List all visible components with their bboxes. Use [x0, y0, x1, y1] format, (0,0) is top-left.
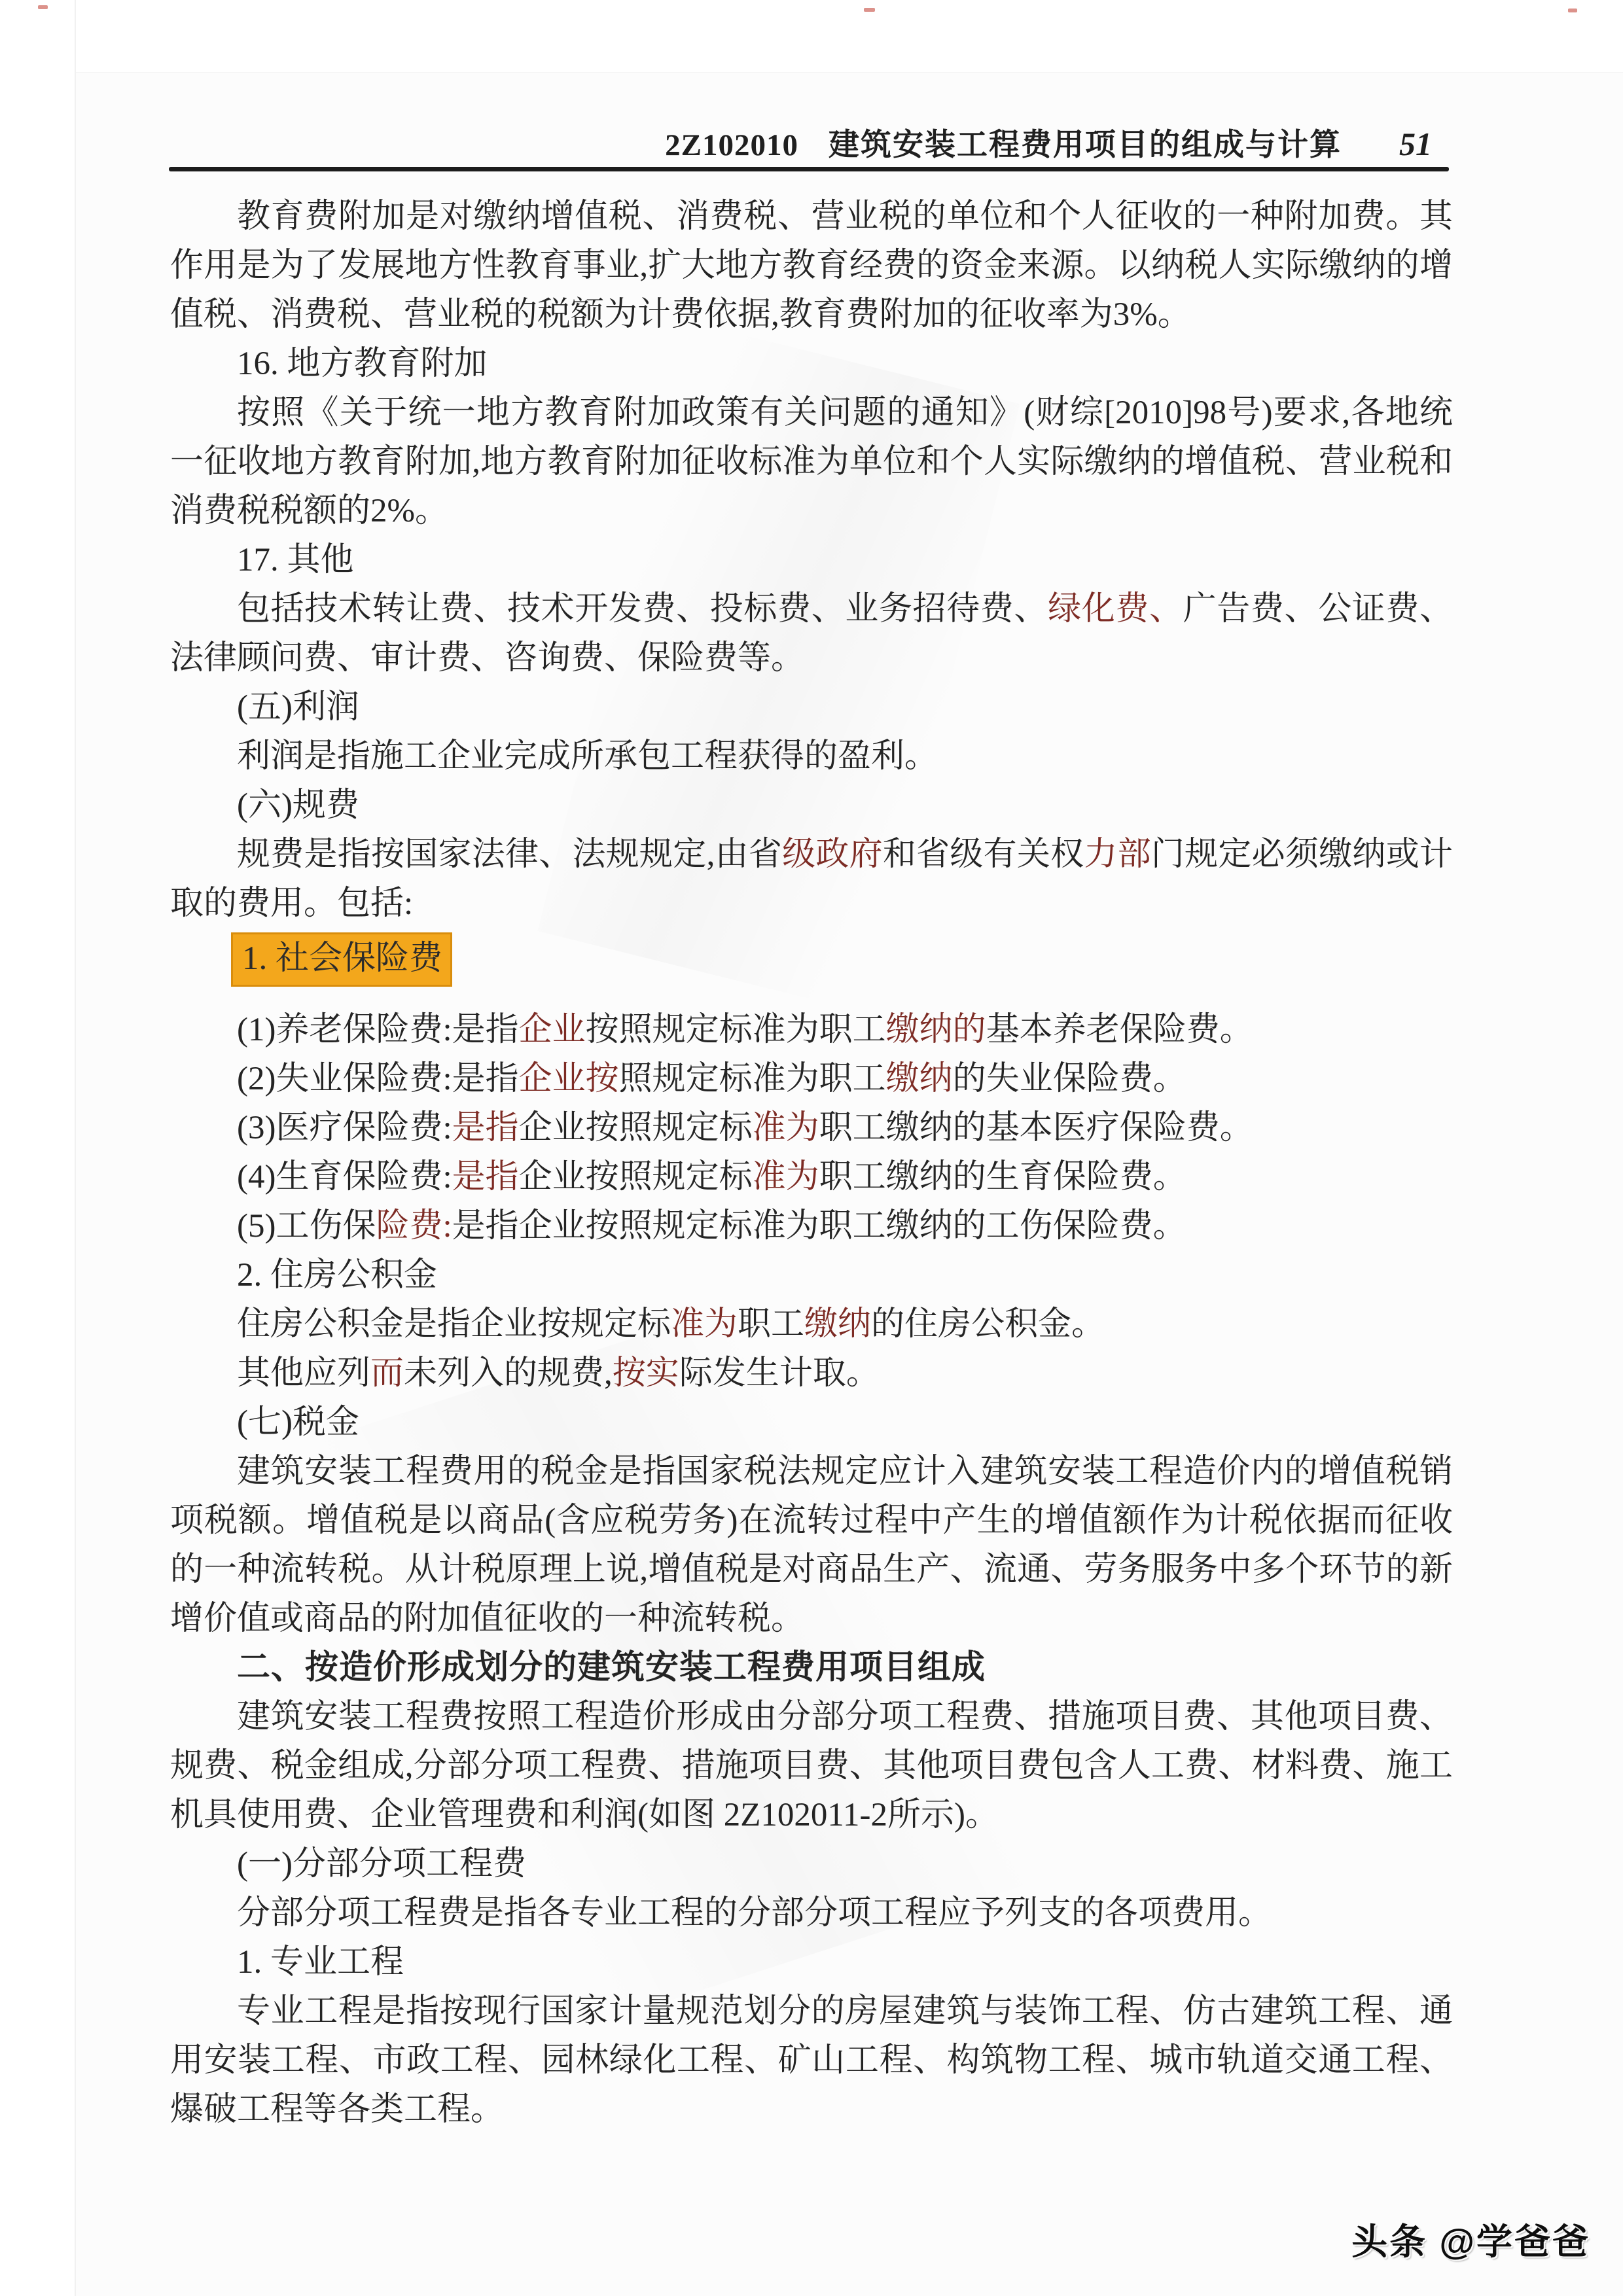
text-segment: 的住房公积金。 [871, 1306, 1105, 1343]
text-segment: 职工缴纳的基本医疗保险费。 [819, 1110, 1253, 1146]
text-segment: (4)生育保险费: [237, 1159, 452, 1195]
scan-speck [1568, 9, 1577, 12]
text-segment: (2)失业保险费:是指 [237, 1061, 519, 1097]
text-segment: 照规定标准为职工 [619, 1061, 886, 1097]
text-segment: 是指 [452, 1159, 519, 1195]
paragraph: 16. 地方教育附加 [170, 340, 1453, 389]
paragraph: (5)工伤保险费:是指企业按照规定标准为职工缴纳的工伤保险费。 [170, 1202, 1453, 1251]
text-segment: 际发生计取。 [679, 1355, 880, 1392]
paragraph: 住房公积金是指企业按规定标准为职工缴纳的住房公积金。 [170, 1300, 1453, 1349]
text-segment: 1. 专业工程 [237, 1944, 404, 1981]
text-segment: 绿化费、 [1048, 591, 1183, 627]
paragraph: (七)税金 [170, 1398, 1453, 1447]
paragraph: (五)利润 [170, 683, 1453, 732]
paragraph: 按照《关于统一地方教育附加政策有关问题的通知》(财综[2010]98号)要求,各… [170, 389, 1453, 536]
scan-speck [38, 5, 48, 9]
text-segment: 17. 其他 [237, 542, 354, 578]
text-segment: 险费: [376, 1208, 452, 1245]
paragraph: 分部分项工程费是指各专业工程的分部分项工程应予列支的各项费用。 [170, 1889, 1453, 1938]
paragraph: 教育费附加是对缴纳增值税、消费税、营业税的单位和个人征收的一种附加费。其作用是为… [170, 192, 1453, 340]
paragraph: (六)规费 [170, 781, 1453, 830]
paragraph: 利润是指施工企业完成所承包工程获得的盈利。 [170, 732, 1453, 781]
paragraph: 其他应列而未列入的规费,按实际发生计取。 [170, 1349, 1453, 1398]
text-segment: 企业按照规定标 [519, 1110, 753, 1146]
text-segment: (5)工伤保 [237, 1208, 376, 1245]
text-segment: 16. 地方教育附加 [237, 345, 488, 382]
page-number: 51 [1399, 125, 1432, 163]
text-segment: 的失业保险费。 [953, 1061, 1186, 1097]
watermark: 头条 @学爸爸 [1351, 2213, 1590, 2265]
text-segment: 二、按造价形成划分的建筑安装工程费用项目组成 [237, 1650, 986, 1686]
text-segment: 建筑安装工程费用的税金是指国家税法规定应计入建筑安装工程造价内的增值税销项税额。… [170, 1453, 1453, 1637]
text-segment: 准为 [753, 1110, 819, 1146]
text-segment: 利润是指施工企业完成所承包工程获得的盈利。 [237, 738, 938, 775]
text-segment: 准为 [671, 1306, 738, 1343]
text-segment: 准为 [753, 1159, 819, 1195]
text-segment: 住房公积金是指企业按规定标 [237, 1306, 671, 1343]
text-segment: 级政府 [782, 836, 883, 873]
text-segment: (六)规费 [237, 787, 359, 824]
text-segment: 专业工程是指按现行国家计量规范划分的房屋建筑与装饰工程、仿古建筑工程、通用安装工… [170, 1993, 1453, 2128]
page-header: 2Z102010 建筑安装工程费用项目的组成与计算 51 [665, 120, 1432, 164]
scan-edge-left [0, 0, 76, 2296]
paragraph: 建筑安装工程费按照工程造价形成由分部分项工程费、措施项目费、其他项目费、规费、税… [170, 1693, 1453, 1840]
text-segment: 按实 [613, 1355, 679, 1392]
highlighted-heading: 1. 社会保险费 [170, 932, 1453, 987]
paragraph: (1)养老保险费:是指企业按照规定标准为职工缴纳的基本养老保险费。 [170, 1006, 1453, 1055]
paragraph: 2. 住房公积金 [170, 1251, 1453, 1300]
scan-edge-top [0, 0, 1623, 73]
paragraph: (4)生育保险费:是指企业按照规定标准为职工缴纳的生育保险费。 [170, 1153, 1453, 1202]
paragraph: 包括技术转让费、技术开发费、投标费、业务招待费、绿化费、广告费、公证费、法律顾问… [170, 585, 1453, 683]
text-segment: 缴纳 [886, 1061, 953, 1097]
text-segment: (1)养老保险费:是指 [237, 1012, 519, 1048]
section-heading: 二、按造价形成划分的建筑安装工程费用项目组成 [170, 1644, 1453, 1693]
text-segment: 企业按照规定标 [519, 1159, 753, 1195]
text-segment: 而 [370, 1355, 404, 1392]
text-segment: 职工缴纳的生育保险费。 [819, 1159, 1186, 1195]
text-segment: 是指 [452, 1110, 519, 1146]
text-segment: 按照《关于统一地方教育附加政策有关问题的通知》(财综[2010]98号)要求,各… [170, 395, 1453, 529]
paragraph: 专业工程是指按现行国家计量规范划分的房屋建筑与装饰工程、仿古建筑工程、通用安装工… [170, 1987, 1453, 2134]
text-segment: (七)税金 [237, 1404, 359, 1441]
text-segment: 企业按 [519, 1061, 619, 1097]
scan-speck [864, 8, 875, 12]
paragraph: 17. 其他 [170, 536, 1453, 585]
text-segment: 包括技术转让费、技术开发费、投标费、业务招待费、 [237, 591, 1048, 627]
book-page: 2Z102010 建筑安装工程费用项目的组成与计算 51 教育费附加是对缴纳增值… [0, 0, 1623, 2296]
paragraph: (一)分部分项工程费 [170, 1840, 1453, 1889]
highlight-box: 1. 社会保险费 [231, 932, 452, 987]
text-segment: 2. 住房公积金 [237, 1257, 437, 1294]
text-segment: (五)利润 [237, 689, 359, 726]
header-rule [169, 167, 1449, 171]
paragraph: 建筑安装工程费用的税金是指国家税法规定应计入建筑安装工程造价内的增值税销项税额。… [170, 1447, 1453, 1644]
text-segment: 建筑安装工程费按照工程造价形成由分部分项工程费、措施项目费、其他项目费、规费、税… [170, 1699, 1453, 1833]
text-segment: 力部 [1084, 836, 1151, 873]
text-segment: (3)医疗保险费: [237, 1110, 452, 1146]
paragraph: 规费是指按国家法律、法规规定,由省级政府和省级有关权力部门规定必须缴纳或计取的费… [170, 830, 1453, 928]
text-segment: 规费是指按国家法律、法规规定,由省 [237, 836, 782, 873]
text-segment: 教育费附加是对缴纳增值税、消费税、营业税的单位和个人征收的一种附加费。其作用是为… [170, 198, 1453, 333]
page-content: 教育费附加是对缴纳增值税、消费税、营业税的单位和个人征收的一种附加费。其作用是为… [170, 192, 1453, 2134]
text-segment: 按照规定标准为职工 [586, 1012, 886, 1048]
paragraph: (3)医疗保险费:是指企业按照规定标准为职工缴纳的基本医疗保险费。 [170, 1104, 1453, 1153]
text-segment: 是指企业按照规定标准为职工缴纳的工伤保险费。 [452, 1208, 1186, 1245]
text-segment: 未列入的规费, [404, 1355, 613, 1392]
text-segment: 缴纳的 [886, 1012, 986, 1048]
text-segment: 基本养老保险费。 [986, 1012, 1253, 1048]
header-chapter-title: 建筑安装工程费用项目的组成与计算 [829, 120, 1342, 164]
text-segment: 和省级有关权 [883, 836, 1084, 873]
text-segment: (一)分部分项工程费 [237, 1846, 526, 1882]
text-segment: 1. 社会保险费 [242, 940, 442, 977]
text-segment: 职工 [738, 1306, 804, 1343]
paragraph: (2)失业保险费:是指企业按照规定标准为职工缴纳的失业保险费。 [170, 1055, 1453, 1104]
text-segment: 企业 [519, 1012, 586, 1048]
header-course-code: 2Z102010 [665, 128, 798, 163]
text-segment: 分部分项工程费是指各专业工程的分部分项工程应予列支的各项费用。 [237, 1895, 1272, 1932]
text-segment: 缴纳 [804, 1306, 871, 1343]
text-segment: 其他应列 [237, 1355, 370, 1392]
paragraph: 1. 专业工程 [170, 1938, 1453, 1987]
